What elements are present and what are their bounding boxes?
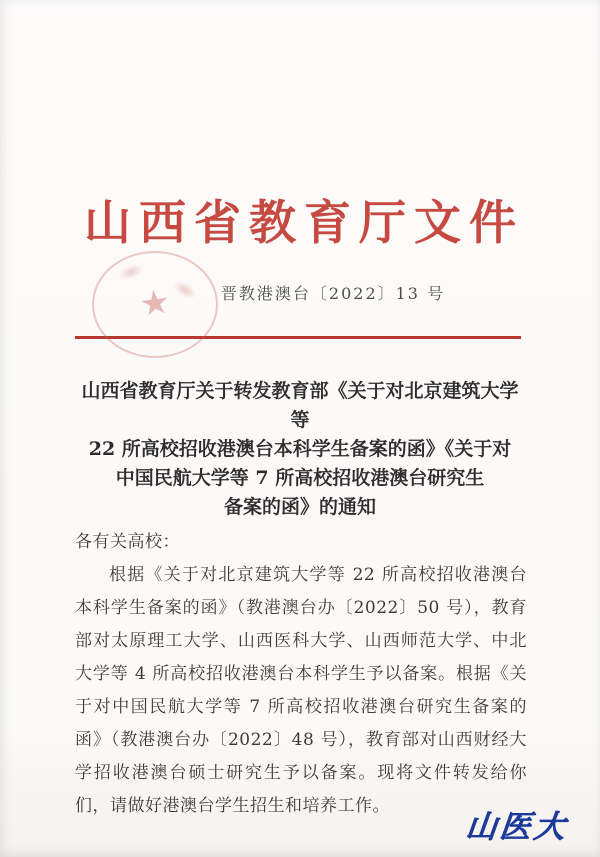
document-title-line: 备案的函》的通知 <box>74 493 526 522</box>
document-title-line: 中国民航大学等 7 所高校招收港澳台研究生 <box>74 464 526 493</box>
shanxi-medical-university-logo: 山医大 <box>464 801 571 846</box>
document-title-line: 22 所高校招收港澳台本科学生备案的函》《关于对 <box>74 435 526 464</box>
stamp-ink-mark <box>116 261 145 283</box>
salutation: 各有关高校： <box>75 526 527 559</box>
document-title-line: 山西省教育厅关于转发教育部《关于对北京建筑大学等 <box>74 377 526 435</box>
document-body: 各有关高校： 根据《关于对北京建筑大学等 22 所高校招收港澳台本科学生备案的函… <box>75 526 527 823</box>
body-paragraph: 根据《关于对北京建筑大学等 22 所高校招收港澳台本科学生备案的函》（教港澳台办… <box>75 559 527 823</box>
official-seal-stamp-icon: ★ <box>92 251 218 358</box>
scanned-document-page: 山西省教育厅文件 ★ 晋教港澳台〔2022〕13 号 山西省教育厅关于转发教育部… <box>0 0 600 857</box>
stamp-ink-mark <box>170 277 200 302</box>
stamp-star-icon: ★ <box>137 281 173 325</box>
document-reference-number: 晋教港澳台〔2022〕13 号 <box>0 281 600 304</box>
document-title: 山西省教育厅关于转发教育部《关于对北京建筑大学等 22 所高校招收港澳台本科学生… <box>74 377 526 522</box>
document-header-title: 山西省教育厅文件 <box>0 186 600 253</box>
